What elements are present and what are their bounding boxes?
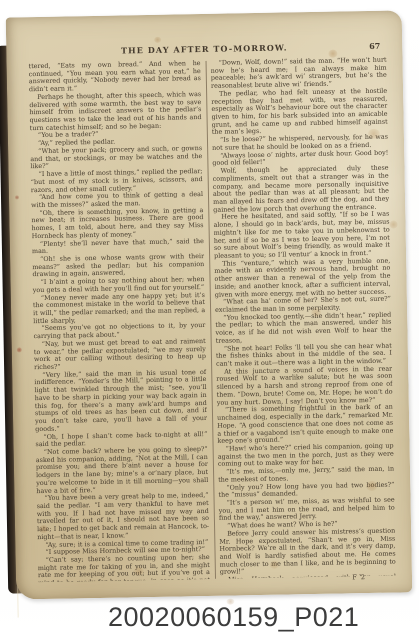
foxing-spot: [15, 195, 19, 199]
paragraph: “Can’t say; there’s no counting upon her…: [38, 554, 210, 582]
paragraph: Before Jerry could answer his mistress’s…: [219, 527, 396, 577]
text-column-left: ttered, “Eats my own bread.” And when he…: [29, 60, 210, 582]
paragraph: Wolf, though he appreciated duly these c…: [212, 165, 389, 215]
paragraph: Perhaps he thought, after this speech, w…: [29, 91, 202, 133]
paragraph: “Money never made any one happy yet; but…: [33, 292, 206, 326]
text-columns: ttered, “Eats my own bread.” And when he…: [29, 57, 396, 582]
paragraph: “You have been a very great help to me, …: [36, 492, 209, 541]
scan-background: THE DAY AFTER TO-MORROW. 67 ttered, “Eat…: [0, 0, 419, 640]
scan-label: 20020060159_P021: [108, 602, 359, 633]
book-page: THE DAY AFTER TO-MORROW. 67 ttered, “Eat…: [6, 10, 413, 599]
paragraph: At this juncture a sound of voices in th…: [216, 365, 393, 407]
signature-mark: F 2: [352, 573, 366, 581]
paragraph: “It’s a person wi’ me, miss, as was wish…: [219, 497, 395, 523]
paragraph: This “venture,” which was a very humble …: [214, 257, 391, 299]
foxing-spot: [17, 347, 22, 352]
paragraph: “Nay, but we must get bread to eat and r…: [34, 338, 207, 372]
paragraph: Miss Hornbeck acquiesced with her usual …: [220, 574, 396, 579]
paragraph: “Not come back? where be you going to sl…: [36, 446, 209, 495]
paragraph: “There is something frightful in the bar…: [217, 404, 394, 446]
paragraph: “You knocked too gently,—she didn’t hear…: [215, 311, 392, 345]
paragraph: “Down, Wolf, down!” said the man. “He wo…: [211, 57, 388, 91]
page-title: THE DAY AFTER TO-MORROW.: [6, 40, 402, 57]
text-column-right: “Down, Wolf, down!” said the man. “He wo…: [211, 57, 396, 579]
paragraph: “Oh, there is something, you know, in ge…: [31, 207, 204, 241]
page-number: 67: [369, 41, 380, 51]
paragraph: “Very like,” said the man in his usual t…: [34, 369, 207, 434]
foxing-spot: [154, 37, 161, 43]
book-page-wrapper: THE DAY AFTER TO-MORROW. 67 ttered, “Eat…: [0, 10, 412, 599]
paragraph: Here he hesitated, and said softly, “If …: [213, 211, 390, 261]
foxing-spot: [389, 220, 397, 228]
paragraph: ttered, “Eats my own bread.” And when he…: [29, 60, 202, 94]
paragraph: The pedlar, who had felt uneasy at the h…: [211, 88, 388, 138]
